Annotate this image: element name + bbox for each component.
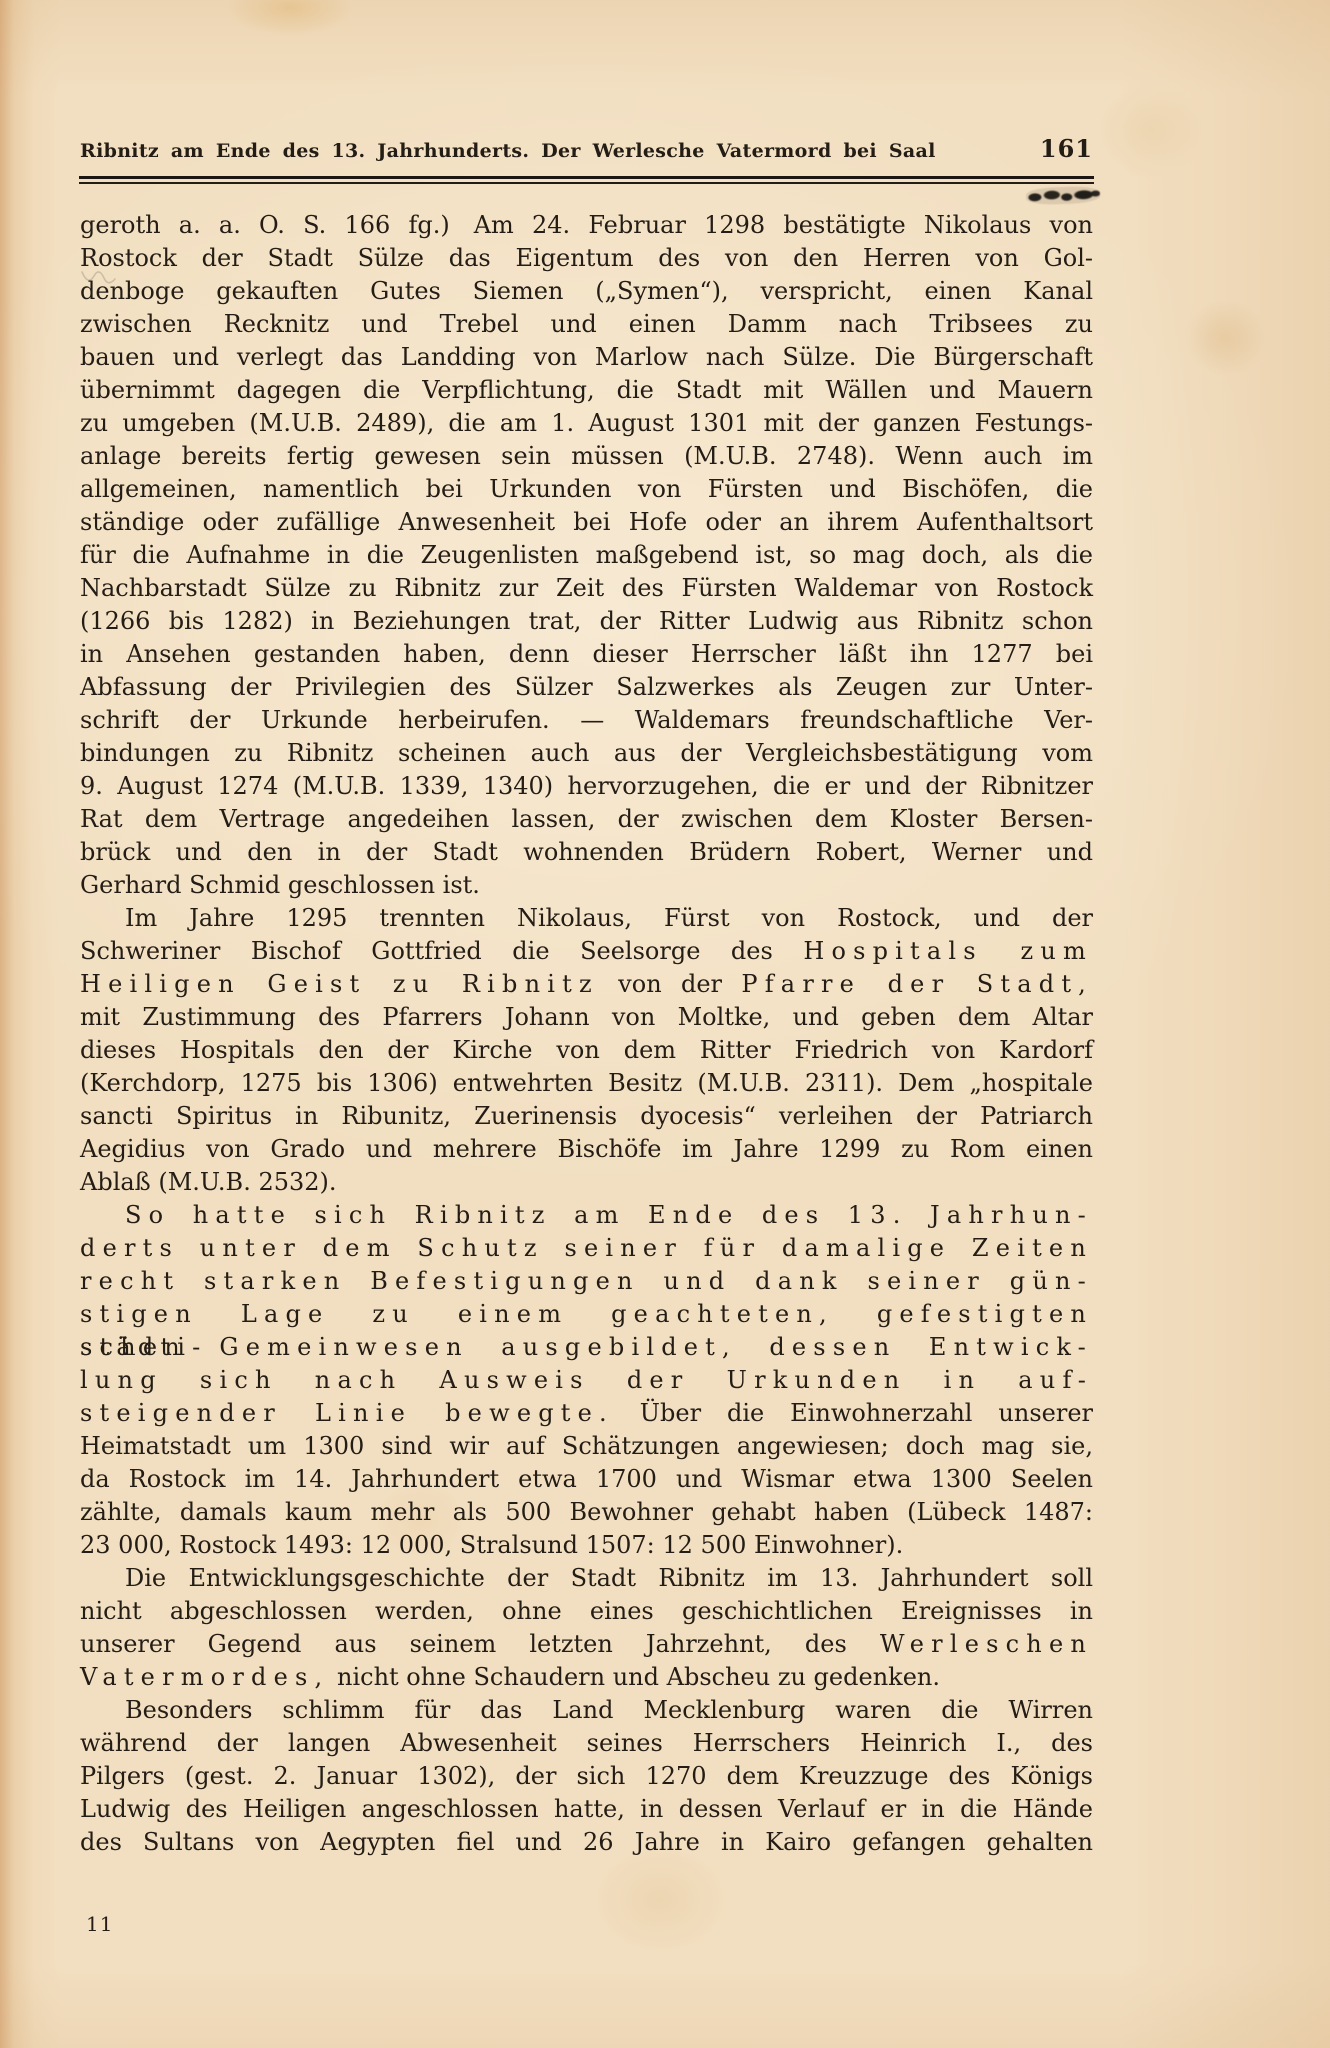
rule-thin-line (79, 182, 1094, 184)
text-line: schrift der Urkunde herbeirufen. — Walde… (80, 704, 1093, 737)
body-text-segment: Ludwig des Heiligen angeschlossen hatte,… (80, 1795, 1093, 1823)
running-header: Ribnitz am Ende des 13. Jahrhunderts. De… (80, 134, 1093, 163)
emphasized-spaced-text: Pfarre der Stadt, (741, 970, 1093, 998)
text-line: lung sich nach Ausweis der Urkunden in a… (80, 1364, 1093, 1397)
text-line: brück und den in der Stadt wohnenden Brü… (80, 836, 1093, 869)
body-text-segment: 23 000, Rostock 1493: 12 000, Stralsund … (80, 1531, 903, 1559)
emphasized-spaced-text: recht starken Befestigungen und dank sei… (80, 1267, 1093, 1295)
text-line: Pilgers (gest. 2. Januar 1302), der sich… (80, 1760, 1093, 1793)
emphasized-spaced-text: Hospitals zum (803, 937, 1093, 965)
body-text-segment: Rostock der Stadt Sülze das Eigentum des… (80, 244, 1093, 272)
body-text-segment: Abfassung der Privilegien des Sülzer Sal… (80, 673, 1093, 701)
text-line: stigen Lage zu einem geachteten, gefesti… (80, 1298, 1093, 1331)
body-text-segment: Aegidius von Grado und mehrere Bischöfe … (80, 1135, 1093, 1163)
body-text-segment: (1266 bis 1282) in Beziehungen trat, der… (80, 607, 1093, 635)
text-line: nicht abgeschlossen werden, ohne eines g… (80, 1595, 1093, 1628)
emphasized-spaced-text: schen Gemeinwesen ausgebildet, dessen En… (80, 1333, 1093, 1361)
text-line: zu umgeben (M.U.B. 2489), die am 1. Augu… (80, 407, 1093, 440)
body-text-segment: sancti Spiritus in Ribunitz, Zuerinensis… (80, 1102, 1093, 1130)
body-text-segment: zählte, damals kaum mehr als 500 Bewohne… (80, 1498, 1093, 1526)
body-text-segment: ständige oder zufällige Anwesenheit bei … (80, 508, 1093, 536)
body-text-segment: dieses Hospitals den der Kirche von dem … (80, 1036, 1093, 1064)
text-line: zwischen Recknitz und Trebel und einen D… (80, 308, 1093, 341)
body-text-segment: unserer Gegend aus seinem letzten Jahrze… (80, 1630, 880, 1658)
emphasized-spaced-text: So hatte sich Ribnitz am Ende des 13. Ja… (125, 1201, 1093, 1229)
text-line: während der langen Abwesenheit seines He… (80, 1727, 1093, 1760)
body-text-segment: Rat dem Vertrage angedeihen lassen, der … (80, 805, 1093, 833)
text-line: Schweriner Bischof Gottfried die Seelsor… (80, 935, 1093, 968)
text-line: Die Entwicklungsgeschichte der Stadt Rib… (80, 1562, 1093, 1595)
text-line: Ablaß (M.U.B. 2532). (80, 1166, 1093, 1199)
text-line: bindungen zu Ribnitz scheinen auch aus d… (80, 737, 1093, 770)
text-line: unserer Gegend aus seinem letzten Jahrze… (80, 1628, 1093, 1661)
running-title: Ribnitz am Ende des 13. Jahrhunderts. De… (80, 140, 936, 162)
text-line: Im Jahre 1295 trennten Nikolaus, Fürst v… (80, 902, 1093, 935)
body-text-segment: allgemeinen, namentlich bei Urkunden von… (80, 475, 1093, 503)
body-text-segment: Die Entwicklungsgeschichte der Stadt Rib… (125, 1564, 1093, 1592)
body-text-segment: (Kerchdorp, 1275 bis 1306) entwehrten Be… (80, 1069, 1093, 1097)
text-line: Heiligen Geist zu Ribnitz von der Pfarre… (80, 968, 1093, 1001)
body-text-segment: während der langen Abwesenheit seines He… (80, 1729, 1093, 1757)
text-line: für die Aufnahme in die Zeugenlisten maß… (80, 539, 1093, 572)
body-text-segment: von der (599, 970, 742, 998)
text-line: schen Gemeinwesen ausgebildet, dessen En… (80, 1331, 1093, 1364)
text-line: Rostock der Stadt Sülze das Eigentum des… (80, 242, 1093, 275)
text-line: in Ansehen gestanden haben, denn dieser … (80, 638, 1093, 671)
body-text-segment: zwischen Recknitz und Trebel und einen D… (80, 310, 1093, 338)
text-line: Aegidius von Grado und mehrere Bischöfe … (80, 1133, 1093, 1166)
text-line: mit Zustimmung des Pfarrers Johann von M… (80, 1001, 1093, 1034)
body-text-segment: geroth a. a. O. S. 166 fg.) Am 24. Febru… (80, 211, 1093, 239)
body-text-segment: bindungen zu Ribnitz scheinen auch aus d… (80, 739, 1093, 767)
body-text-segment: Über die Einwohnerzahl unserer (614, 1399, 1093, 1427)
text-line: bauen und verlegt das Landding von Marlo… (80, 341, 1093, 374)
text-line: übernimmt dagegen die Verpflichtung, die… (80, 374, 1093, 407)
body-text-segment: anlage bereits fertig gewesen sein müsse… (80, 442, 1093, 470)
text-line: Abfassung der Privilegien des Sülzer Sal… (80, 671, 1093, 704)
body-text-segment: Schweriner Bischof Gottfried die Seelsor… (80, 937, 803, 965)
text-line: (1266 bis 1282) in Beziehungen trat, der… (80, 605, 1093, 638)
body-text-segment: übernimmt dagegen die Verpflichtung, die… (80, 376, 1093, 404)
text-line: dieses Hospitals den der Kirche von dem … (80, 1034, 1093, 1067)
body-text-segment: 9. August 1274 (M.U.B. 1339, 1340) hervo… (80, 772, 1093, 800)
body-text-segment: Nachbarstadt Sülze zu Ribnitz zur Zeit d… (80, 574, 1093, 602)
body-text-segment: Gerhard Schmid geschlossen ist. (80, 871, 480, 899)
body-text-segment: Heimatstadt um 1300 sind wir auf Schätzu… (80, 1432, 1093, 1460)
text-line: allgemeinen, namentlich bei Urkunden von… (80, 473, 1093, 506)
text-line: 9. August 1274 (M.U.B. 1339, 1340) hervo… (80, 770, 1093, 803)
body-text-segment: nicht ohne Schaudern und Abscheu zu gede… (329, 1663, 940, 1691)
body-text-segment: mit Zustimmung des Pfarrers Johann von M… (80, 1003, 1093, 1031)
text-line: geroth a. a. O. S. 166 fg.) Am 24. Febru… (80, 209, 1093, 242)
text-line: (Kerchdorp, 1275 bis 1306) entwehrten Be… (80, 1067, 1093, 1100)
emphasized-spaced-text: Werleschen (880, 1630, 1093, 1658)
text-line: denboge gekauften Gutes Siemen („Symen“)… (80, 275, 1093, 308)
body-text-segment: nicht abgeschlossen werden, ohne eines g… (80, 1597, 1093, 1625)
body-text-segment: bauen und verlegt das Landding von Marlo… (80, 343, 1093, 371)
body-text-segment: brück und den in der Stadt wohnenden Brü… (80, 838, 1093, 866)
body-text-segment: in Ansehen gestanden haben, denn dieser … (80, 640, 1093, 668)
text-line: Vatermordes, nicht ohne Schaudern und Ab… (80, 1661, 1093, 1694)
page-number: 161 (1040, 134, 1093, 163)
body-text-segment: Pilgers (gest. 2. Januar 1302), der sich… (80, 1762, 1093, 1790)
emphasized-spaced-text: Heiligen Geist zu Ribnitz (80, 970, 599, 998)
text-line: steigender Linie bewegte. Über die Einwo… (80, 1397, 1093, 1430)
text-line: zählte, damals kaum mehr als 500 Bewohne… (80, 1496, 1093, 1529)
header-double-rule (79, 176, 1094, 184)
text-line: Nachbarstadt Sülze zu Ribnitz zur Zeit d… (80, 572, 1093, 605)
emphasized-spaced-text: derts unter dem Schutz seiner für damali… (80, 1234, 1093, 1262)
body-text-segment: Im Jahre 1295 trennten Nikolaus, Fürst v… (125, 904, 1093, 932)
text-line: ständige oder zufällige Anwesenheit bei … (80, 506, 1093, 539)
text-line: Besonders schlimm für das Land Mecklenbu… (80, 1694, 1093, 1727)
ink-smudge (1026, 186, 1101, 206)
text-line: Heimatstadt um 1300 sind wir auf Schätzu… (80, 1430, 1093, 1463)
body-text-segment: für die Aufnahme in die Zeugenlisten maß… (80, 541, 1093, 569)
body-text-segment: schrift der Urkunde herbeirufen. — Walde… (80, 706, 1093, 734)
text-line: So hatte sich Ribnitz am Ende des 13. Ja… (80, 1199, 1093, 1232)
sheet-signature: 11 (86, 1912, 113, 1936)
page-body: geroth a. a. O. S. 166 fg.) Am 24. Febru… (80, 209, 1093, 1859)
text-line: des Sultans von Aegypten fiel und 26 Jah… (80, 1826, 1093, 1859)
emphasized-spaced-text: steigender Linie bewegte. (80, 1399, 614, 1427)
emphasized-spaced-text: lung sich nach Ausweis der Urkunden in a… (80, 1366, 1093, 1394)
text-line: anlage bereits fertig gewesen sein müsse… (80, 440, 1093, 473)
text-line: 23 000, Rostock 1493: 12 000, Stralsund … (80, 1529, 1093, 1562)
text-line: recht starken Befestigungen und dank sei… (80, 1265, 1093, 1298)
emphasized-spaced-text: Vatermordes, (80, 1663, 329, 1691)
body-text-segment: zu umgeben (M.U.B. 2489), die am 1. Augu… (80, 409, 1093, 437)
text-line: da Rostock im 14. Jahrhundert etwa 1700 … (80, 1463, 1093, 1496)
text-line: Ludwig des Heiligen angeschlossen hatte,… (80, 1793, 1093, 1826)
body-text-segment: denboge gekauften Gutes Siemen („Symen“)… (80, 277, 1093, 305)
body-text-segment: da Rostock im 14. Jahrhundert etwa 1700 … (80, 1465, 1093, 1493)
text-line: sancti Spiritus in Ribunitz, Zuerinensis… (80, 1100, 1093, 1133)
text-line: derts unter dem Schutz seiner für damali… (80, 1232, 1093, 1265)
body-text-segment: Ablaß (M.U.B. 2532). (80, 1168, 337, 1196)
body-text-segment: Besonders schlimm für das Land Mecklenbu… (125, 1696, 1093, 1724)
body-text-segment: des Sultans von Aegypten fiel und 26 Jah… (80, 1828, 1093, 1856)
text-line: Rat dem Vertrage angedeihen lassen, der … (80, 803, 1093, 836)
text-line: Gerhard Schmid geschlossen ist. (80, 869, 1093, 902)
scanned-book-page: Ribnitz am Ende des 13. Jahrhunderts. De… (0, 0, 1330, 2048)
